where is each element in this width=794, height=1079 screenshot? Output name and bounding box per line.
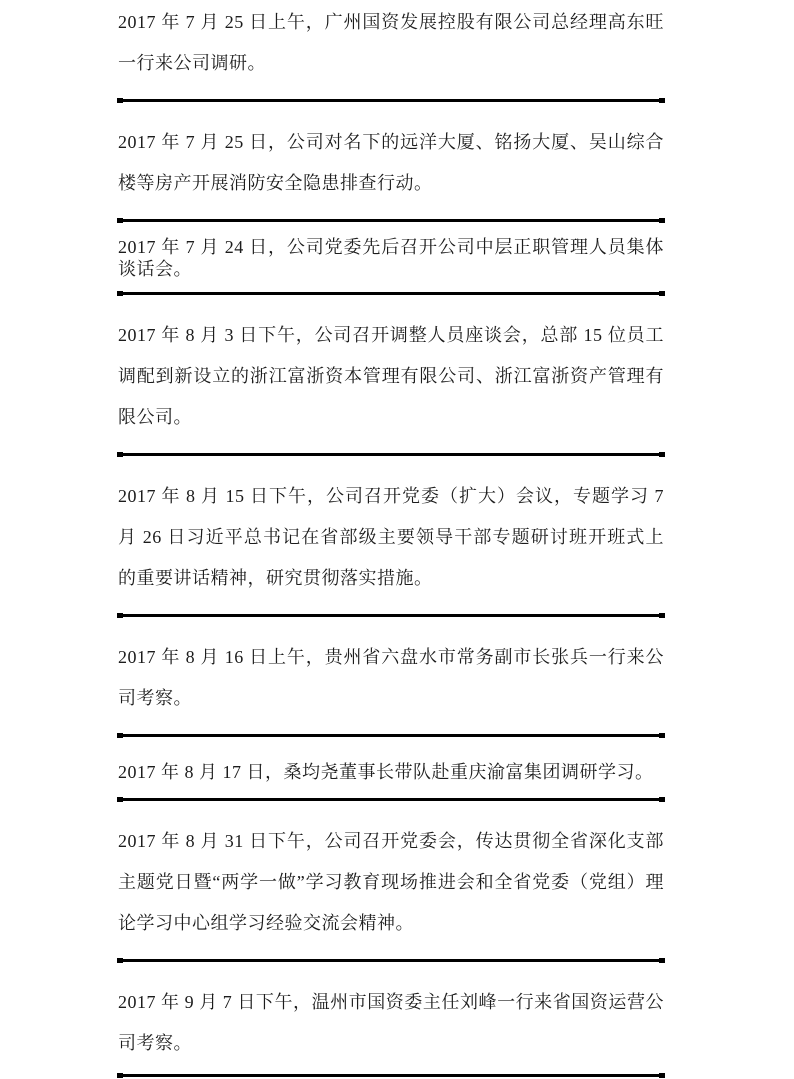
event-entry: 2017 年 8 月 17 日，桑均尧董事长带队赴重庆渝富集团调研学习。: [118, 737, 664, 798]
event-text: 2017 年 7 月 24 日，公司党委先后召开公司中层正职管理人员集体谈话会。: [118, 236, 664, 280]
event-text: 2017 年 8 月 31 日下午，公司召开党委会，传达贯彻全省深化支部主题党日…: [118, 821, 664, 944]
event-entry: 2017 年 7 月 25 日，公司对名下的远洋大厦、铭扬大厦、吴山综合楼等房产…: [118, 102, 664, 219]
section-divider: [118, 614, 664, 617]
document-page: 2017 年 7 月 25 日上午，广州国资发展控股有限公司总经理高东旺一行来公…: [118, 0, 664, 1077]
section-divider: [118, 1074, 664, 1077]
event-entry: 2017 年 8 月 31 日下午，公司召开党委会，传达贯彻全省深化支部主题党日…: [118, 801, 664, 959]
event-text: 2017 年 7 月 25 日，公司对名下的远洋大厦、铭扬大厦、吴山综合楼等房产…: [118, 122, 664, 204]
section-divider: [118, 959, 664, 962]
event-text: 2017 年 8 月 15 日下午，公司召开党委（扩大）会议，专题学习 7 月 …: [118, 476, 664, 599]
event-entry: 2017 年 7 月 25 日上午，广州国资发展控股有限公司总经理高东旺一行来公…: [118, 0, 664, 99]
event-text: 2017 年 8 月 3 日下午，公司召开调整人员座谈会，总部 15 位员工调配…: [118, 315, 664, 438]
event-text: 2017 年 8 月 17 日，桑均尧董事长带队赴重庆渝富集团调研学习。: [118, 752, 664, 793]
event-entry: 2017 年 8 月 16 日上午，贵州省六盘水市常务副市长张兵一行来公司考察。: [118, 617, 664, 734]
section-divider: [118, 453, 664, 456]
event-text: 2017 年 7 月 25 日上午，广州国资发展控股有限公司总经理高东旺一行来公…: [118, 2, 664, 84]
section-divider: [118, 219, 664, 222]
section-divider: [118, 99, 664, 102]
section-divider: [118, 734, 664, 737]
event-entry: 2017 年 8 月 3 日下午，公司召开调整人员座谈会，总部 15 位员工调配…: [118, 295, 664, 453]
event-text: 2017 年 8 月 16 日上午，贵州省六盘水市常务副市长张兵一行来公司考察。: [118, 637, 664, 719]
event-entry: 2017 年 8 月 15 日下午，公司召开党委（扩大）会议，专题学习 7 月 …: [118, 456, 664, 614]
event-entry: 2017 年 9 月 7 日下午，温州市国资委主任刘峰一行来省国资运营公司考察。: [118, 962, 664, 1074]
event-text: 2017 年 9 月 7 日下午，温州市国资委主任刘峰一行来省国资运营公司考察。: [118, 982, 664, 1064]
section-divider: [118, 292, 664, 295]
section-divider: [118, 798, 664, 801]
event-entry: 2017 年 7 月 24 日，公司党委先后召开公司中层正职管理人员集体谈话会。: [118, 222, 664, 292]
